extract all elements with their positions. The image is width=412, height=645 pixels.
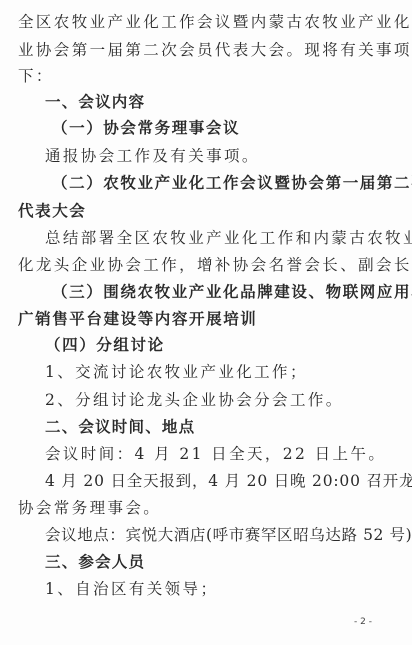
intro-line-2: 业协会第一届第二次会员代表大会。现将有关事项通知如 — [18, 40, 412, 60]
page-number: - 2 - — [354, 617, 372, 627]
checkin-line-2: 协会常务理事会。 — [18, 498, 161, 518]
subsection-2-title-line-1: （二）农牧业产业化工作会议暨协会第一届第二次会员 — [52, 173, 412, 193]
intro-line-1: 全区农牧业产业化工作会议暨内蒙古农牧业产业化龙头企 — [18, 12, 412, 32]
intro-line-3: 下： — [18, 66, 54, 86]
subsection-3-title-line-1: （三）围绕农牧业产业化品牌建设、物联网应用、北上 — [52, 282, 412, 302]
subsection-2-title-line-2: 代表大会 — [18, 201, 86, 221]
section-1-heading: 一、会议内容 — [45, 92, 145, 112]
subsection-1-title: （一）协会常务理事会议 — [52, 118, 240, 138]
meeting-time: 会议时间：4 月 21 日全天，22 日上午。 — [45, 444, 386, 464]
discussion-item-1: 1、交流讨论农牧业产业化工作； — [45, 362, 308, 382]
attendee-item-1: 1、自治区有关领导； — [45, 579, 218, 599]
checkin-line-1: 4 月 20 日全天报到，4 月 20 日晚 20:00 召开龙头企业 — [45, 471, 412, 491]
subsection-3-title-line-2: 广销售平台建设等内容开展培训 — [18, 309, 257, 329]
subsection-2-body-line-1: 总结部署全区农牧业产业化工作和内蒙古农牧业产业 — [45, 228, 412, 248]
subsection-1-body: 通报协会工作及有关事项。 — [45, 146, 260, 166]
subsection-2-body-line-2: 化龙头企业协会工作，增补协会名誉会长、副会长。 — [18, 255, 412, 275]
meeting-venue: 会议地点：宾悦大酒店(呼市赛罕区昭乌达路 52 号)。 — [45, 525, 412, 545]
subsection-4-title: （四）分组讨论 — [45, 335, 165, 355]
section-2-heading: 二、会议时间、地点 — [45, 417, 195, 437]
section-3-heading: 三、参会人员 — [45, 552, 145, 572]
discussion-item-2: 2、分组讨论龙头企业协会分会工作。 — [45, 390, 344, 410]
